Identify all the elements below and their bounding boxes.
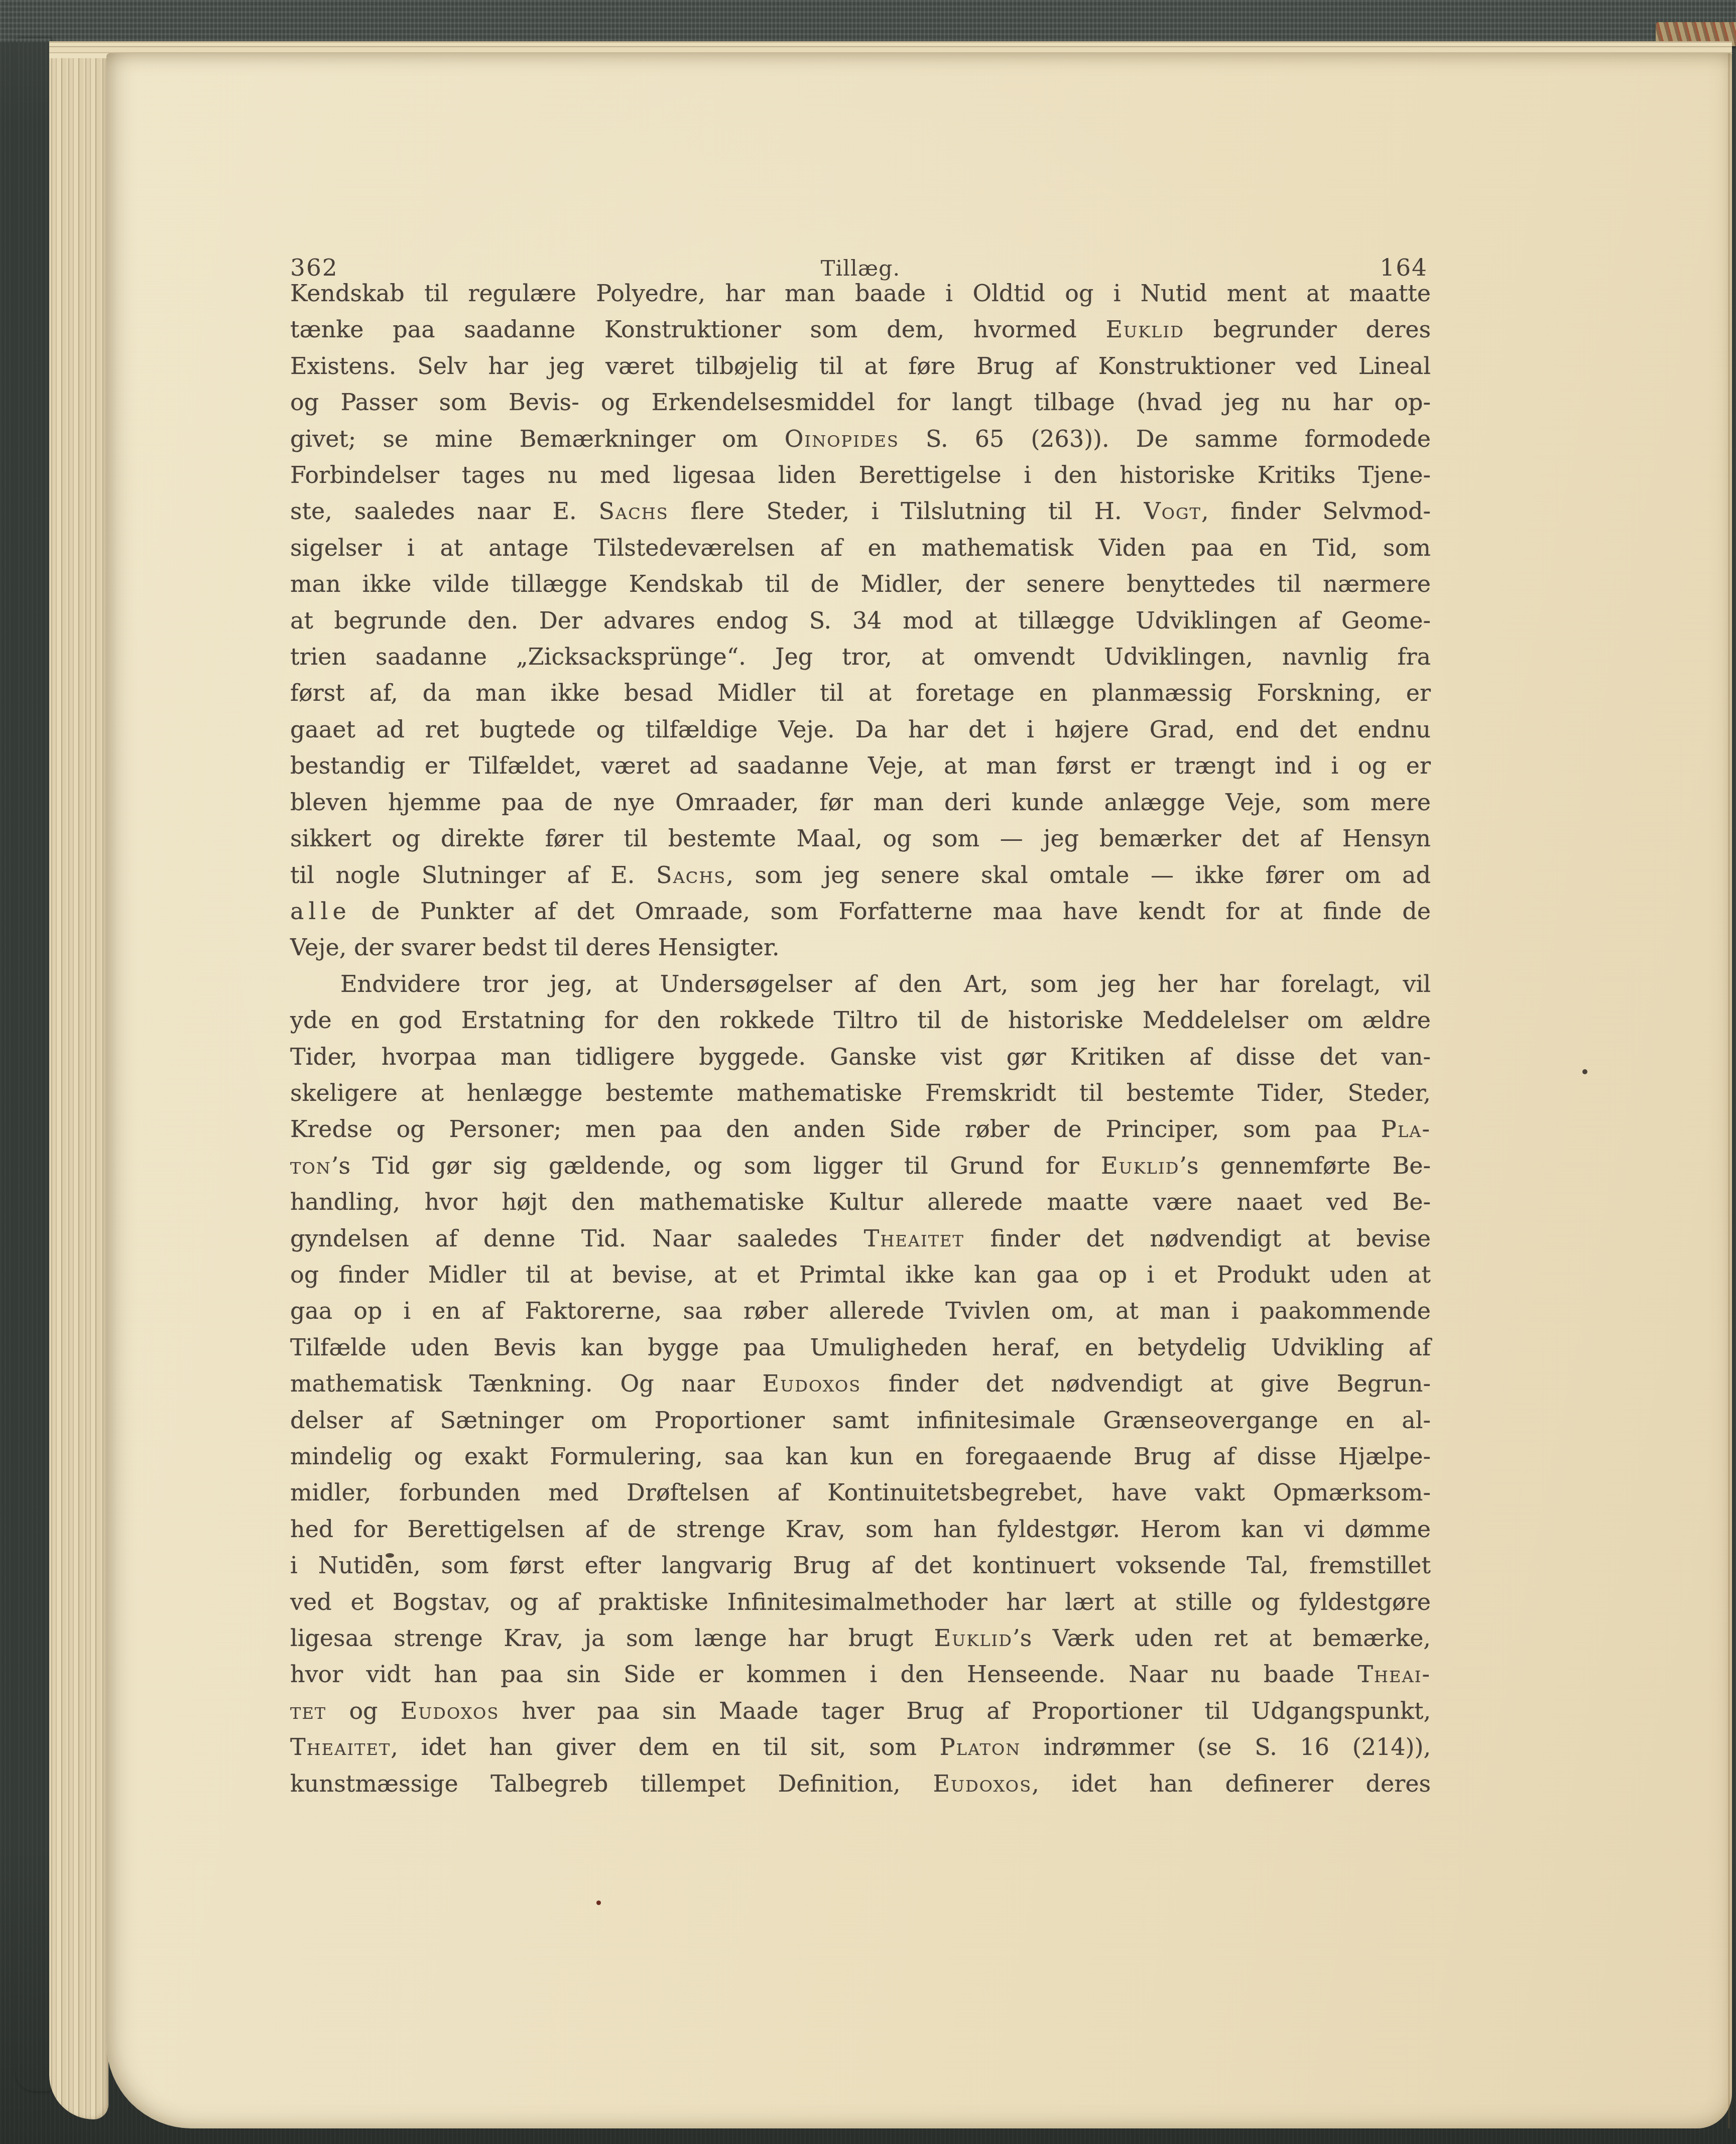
small-caps-name: tet <box>290 1697 326 1724</box>
text-segment: hvor vidt han paa sin Side er kommen i d… <box>290 1661 1357 1688</box>
text-segment: givet; se mine Bemærkninger om <box>290 425 785 452</box>
text-segment: finder det nødvendigt at bevise <box>964 1225 1431 1252</box>
text-segment: sigelser i at antage Tilstedeværelsen af… <box>290 534 1431 561</box>
text-line: hvor vidt han paa sin Side er kommen i d… <box>290 1656 1431 1692</box>
small-caps-name: Vogt <box>1144 497 1201 525</box>
text-segment: skeligere at henlægge bestemte mathemati… <box>290 1079 1431 1106</box>
text-segment: bestandig er Tilfældet, været ad saadann… <box>290 752 1431 779</box>
text-line: og finder Midler til at bevise, at et Pr… <box>290 1256 1431 1293</box>
text-line: Tider, hvorpaa man tidligere byggede. Ga… <box>290 1039 1431 1075</box>
text-line: til nogle Slutninger af E. Sachs, som je… <box>290 857 1431 893</box>
book-scan: { "header": { "left_page": "362", "title… <box>0 0 1736 2144</box>
scan-speck <box>596 1901 601 1905</box>
text-line: mindelig og exakt Formulering, saa kan k… <box>290 1438 1431 1474</box>
small-caps-name: Eudoxos <box>933 1770 1032 1797</box>
marbled-cover-edge-top <box>441 12 1550 41</box>
text-line: mathematisk Tænkning. Og naar Eudoxos fi… <box>290 1365 1431 1402</box>
text-segment: Veje, der svarer bedst til deres Hensigt… <box>290 934 780 961</box>
text-line: bleven hjemme paa de nye Omraader, før m… <box>290 784 1431 820</box>
small-caps-name: Euklid <box>934 1624 1013 1652</box>
text-segment: mindelig og exakt Formulering, saa kan k… <box>290 1443 1431 1470</box>
text-segment: ved et Bogstav, og af praktiske Infinite… <box>290 1588 1431 1615</box>
text-line: sikkert og direkte fører til bestemte Ma… <box>290 820 1431 856</box>
text-segment: Forbindelser tages nu med ligesaa liden … <box>290 461 1431 488</box>
small-caps-name: Sachs <box>599 497 669 525</box>
text-segment: trien saadanne „Zicksacksprünge“. Jeg tr… <box>290 643 1431 670</box>
text-line: ton’s Tid gør sig gældende, og som ligge… <box>290 1148 1431 1184</box>
text-segment: ste, saaledes naar E. <box>290 497 599 525</box>
text-segment: hed for Berettigelsen af de strenge Krav… <box>290 1516 1431 1543</box>
text-line: at begrunde den. Der advares endog S. 34… <box>290 602 1431 639</box>
text-segment: hver paa sin Maade tager Brug af Proport… <box>499 1697 1431 1724</box>
text-segment: bleven hjemme paa de nye Omraader, før m… <box>290 789 1431 816</box>
text-line: givet; se mine Bemærkninger om Oinopides… <box>290 421 1431 457</box>
text-line: Existens. Selv har jeg været tilbøjelig … <box>290 348 1431 384</box>
text-segment: gaaet ad ret bugtede og tilfældige Veje.… <box>290 716 1431 743</box>
small-caps-name: Theaitet <box>864 1225 964 1252</box>
text-line: yde en god Erstatning for den rokkede Ti… <box>290 1002 1431 1038</box>
scan-speck <box>1582 1069 1587 1074</box>
text-line: Tilfælde uden Bevis kan bygge paa Umulig… <box>290 1329 1431 1365</box>
text-line: ligesaa strenge Krav, ja som længe har b… <box>290 1620 1431 1656</box>
text-segment: Tilfælde uden Bevis kan bygge paa Umulig… <box>290 1334 1431 1361</box>
text-line: Theaitet, idet han giver dem en til sit,… <box>290 1729 1431 1765</box>
text-segment: og <box>326 1697 400 1724</box>
text-line: gaa op i en af Faktorerne, saa røber all… <box>290 1293 1431 1329</box>
text-segment: ’s gennemførte Be- <box>1179 1152 1431 1179</box>
small-caps-name: Eudoxos <box>401 1697 500 1724</box>
text-line: Kendskab til regulære Polyedre, har man … <box>290 275 1431 311</box>
text-segment: yde en god Erstatning for den rokkede Ti… <box>290 1006 1431 1034</box>
small-caps-name: Sachs <box>656 861 726 889</box>
text-line: tet og Eudoxos hver paa sin Maade tager … <box>290 1693 1431 1729</box>
text-segment: gyndelsen af denne Tid. Naar saaledes <box>290 1225 864 1252</box>
small-caps-name: Theaitet <box>290 1733 391 1760</box>
text-segment: ligesaa strenge Krav, ja som længe har b… <box>290 1624 934 1652</box>
text-segment: de Punkter af det Omraade, som Forfatter… <box>351 898 1431 925</box>
text-segment: , som jeg senere skal omtale — ikke føre… <box>726 861 1431 889</box>
text-line: kunstmæssige Talbegreb tillempet Definit… <box>290 1765 1431 1802</box>
text-segment: at begrunde den. Der advares endog S. 34… <box>290 607 1431 634</box>
small-caps-name: Oinopides <box>785 425 899 452</box>
text-line: først af, da man ikke besad Midler til a… <box>290 675 1431 711</box>
text-segment: Kredse og Personer; men paa den anden Si… <box>290 1115 1381 1143</box>
small-caps-name: Theai- <box>1357 1661 1431 1688</box>
paragraph: Kendskab til regulære Polyedre, har man … <box>290 275 1431 966</box>
text-line: gyndelsen af denne Tid. Naar saaledes Th… <box>290 1220 1431 1256</box>
text-segment: delser af Sætninger om Proportioner samt… <box>290 1407 1431 1434</box>
text-segment: finder det nødvendigt at give Begrun- <box>861 1370 1431 1397</box>
text-line: alle de Punkter af det Omraade, som Forf… <box>290 893 1431 929</box>
text-segment: gaa op i en af Faktorerne, saa røber all… <box>290 1297 1431 1324</box>
text-line: ste, saaledes naar E. Sachs flere Steder… <box>290 493 1431 529</box>
text-segment: , idet han definerer deres <box>1032 1770 1431 1797</box>
text-line: handling, hvor højt den mathematiske Kul… <box>290 1184 1431 1220</box>
page-stack-fore-edge <box>49 41 108 2119</box>
text-segment: indrømmer (se S. 16 (214)), <box>1021 1733 1431 1760</box>
text-segment: først af, da man ikke besad Midler til a… <box>290 679 1431 706</box>
scan-speck <box>386 1553 394 1558</box>
text-segment: i Nutiden, som først efter langvarig Bru… <box>290 1552 1431 1579</box>
text-line: gaaet ad ret bugtede og tilfældige Veje.… <box>290 711 1431 747</box>
text-segment: alle <box>290 898 351 925</box>
text-segment: mathematisk Tænkning. Og naar <box>290 1370 763 1397</box>
text-line: hed for Berettigelsen af de strenge Krav… <box>290 1511 1431 1547</box>
text-line: sigelser i at antage Tilstedeværelsen af… <box>290 530 1431 566</box>
small-caps-name: Platon <box>940 1733 1021 1760</box>
text-line: Veje, der svarer bedst til deres Hensigt… <box>290 929 1431 965</box>
text-segment: ’s Værk uden ret at bemærke, <box>1013 1624 1431 1652</box>
text-segment: til nogle Slutninger af E. <box>290 861 656 889</box>
small-caps-name: Euklid <box>1105 316 1184 343</box>
text-segment: sikkert og direkte fører til bestemte Ma… <box>290 825 1431 852</box>
marbled-cover-edge-left <box>15 38 51 2091</box>
text-line: tænke paa saadanne Konstruktioner som de… <box>290 311 1431 347</box>
text-segment: S. 65 (263)). De samme formodede <box>899 425 1431 452</box>
text-segment: , idet han giver dem en til sit, som <box>391 1733 940 1760</box>
text-segment: og Passer som Bevis- og Erkendelsesmidde… <box>290 389 1431 416</box>
text-line: man ikke vilde tillægge Kendskab til de … <box>290 566 1431 602</box>
text-segment: man ikke vilde tillægge Kendskab til de … <box>290 570 1431 597</box>
text-segment: Existens. Selv har jeg været tilbøjelig … <box>290 352 1431 380</box>
text-line: bestandig er Tilfældet, været ad saadann… <box>290 747 1431 784</box>
text-segment: Tider, hvorpaa man tidligere byggede. Ga… <box>290 1043 1431 1070</box>
text-segment: Kendskab til regulære Polyedre, har man … <box>290 280 1431 307</box>
paragraph: Endvidere tror jeg, at Undersøgelser af … <box>290 966 1431 1802</box>
text-segment: og finder Midler til at bevise, at et Pr… <box>290 1261 1431 1288</box>
small-caps-name: Eudoxos <box>763 1370 861 1397</box>
text-line: skeligere at henlægge bestemte mathemati… <box>290 1075 1431 1111</box>
small-caps-name: Pla- <box>1381 1115 1431 1143</box>
text-line: Kredse og Personer; men paa den anden Si… <box>290 1111 1431 1147</box>
body-text: Kendskab til regulære Polyedre, har man … <box>290 275 1431 1802</box>
text-line: Forbindelser tages nu med ligesaa liden … <box>290 457 1431 493</box>
text-line: midler, forbunden med Drøftelsen af Kont… <box>290 1474 1431 1510</box>
text-segment: flere Steder, i Tilslutning til H. <box>669 497 1144 525</box>
text-segment: tænke paa saadanne Konstruktioner som de… <box>290 316 1105 343</box>
small-caps-name: ton <box>290 1152 331 1179</box>
text-segment: Endvidere tror jeg, at Undersøgelser af … <box>340 970 1431 997</box>
text-line: i Nutiden, som først efter langvarig Bru… <box>290 1547 1431 1583</box>
small-caps-name: Euklid <box>1101 1152 1179 1179</box>
text-segment: , finder Selvmod- <box>1201 497 1431 525</box>
text-segment: handling, hvor højt den mathematiske Kul… <box>290 1188 1431 1215</box>
text-segment: midler, forbunden med Drøftelsen af Kont… <box>290 1479 1431 1506</box>
text-line: og Passer som Bevis- og Erkendelsesmidde… <box>290 384 1431 420</box>
text-segment: begrunder deres <box>1184 316 1431 343</box>
text-segment: ’s Tid gør sig gældende, og som ligger t… <box>331 1152 1101 1179</box>
text-line: ved et Bogstav, og af praktiske Infinite… <box>290 1584 1431 1620</box>
text-line: Endvidere tror jeg, at Undersøgelser af … <box>290 966 1431 1002</box>
text-line: delser af Sætninger om Proportioner samt… <box>290 1402 1431 1438</box>
text-segment: kunstmæssige Talbegreb tillempet Definit… <box>290 1770 933 1797</box>
text-line: trien saadanne „Zicksacksprünge“. Jeg tr… <box>290 639 1431 675</box>
